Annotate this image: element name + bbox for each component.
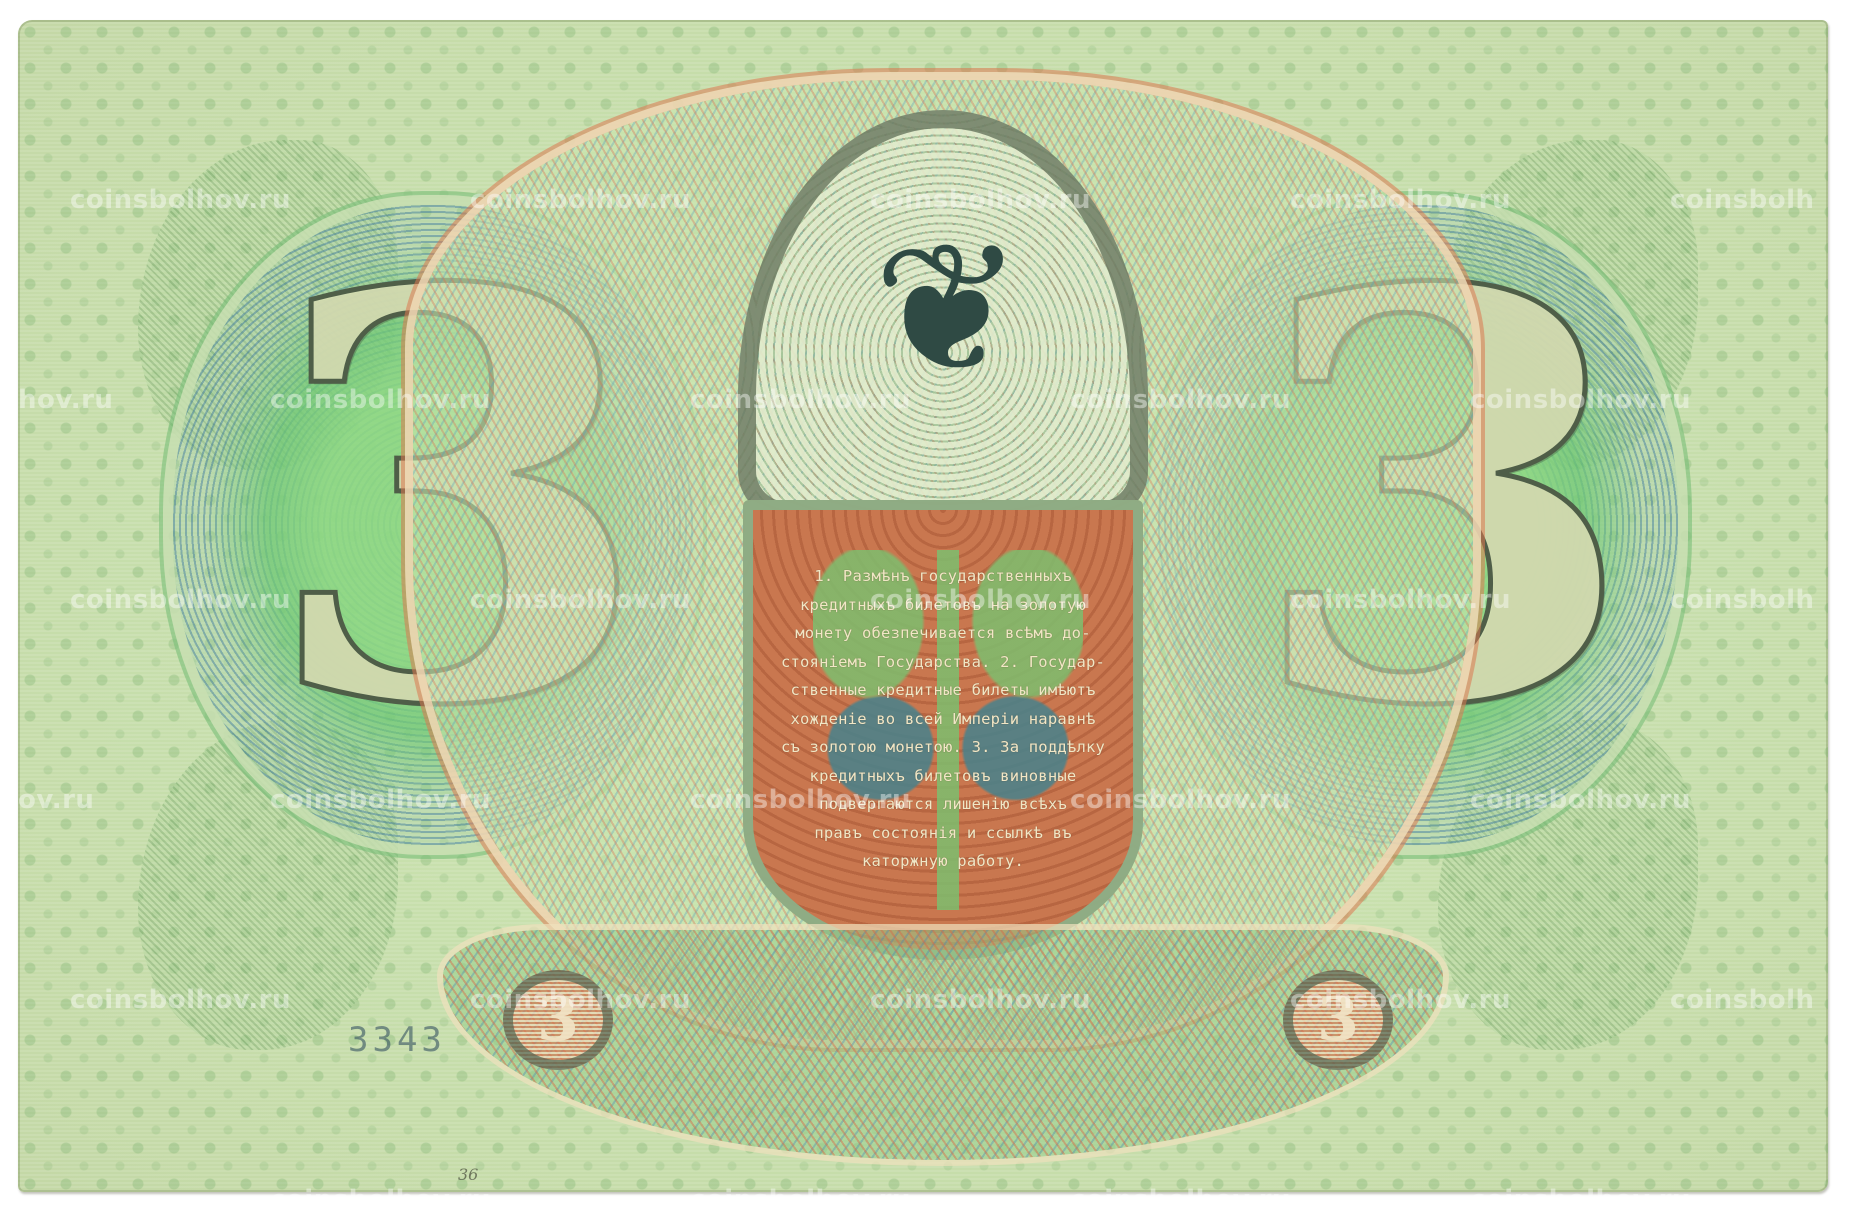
legal-text-line: 1. Размѣнъ государственныхъ (758, 562, 1128, 591)
legal-text-line: стояніемъ Государства. 2. Государ- (758, 648, 1128, 677)
banknote: 3 3 ❦ 1. Размѣнъ государственныхъ кредит… (18, 20, 1828, 1192)
legal-text-line: хожденіе во всей Имперіи наравнѣ (758, 705, 1128, 734)
mini-numeral-left: 3 (503, 970, 613, 1070)
legal-text-line: кредитныхъ билетовъ на золотую (758, 591, 1128, 620)
double-headed-eagle-icon: ❦ (858, 180, 1038, 440)
legal-text-line: съ золотою монетою. 3. За поддѣлку (758, 733, 1128, 762)
legal-text-line: каторжную работу. (758, 847, 1128, 876)
legal-text-line: правъ состоянія и ссылкѣ въ (758, 819, 1128, 848)
legal-text-line: подвергаются лишенію всѣхъ (758, 790, 1128, 819)
faded-stamp: 3343 (348, 1020, 446, 1060)
legal-text-block: 1. Размѣнъ государственныхъ кредитныхъ б… (758, 562, 1128, 876)
legal-text-line: ственные кредитные билеты имѣютъ (758, 676, 1128, 705)
central-cartouche: ❦ 1. Размѣнъ государственныхъ кредитныхъ… (413, 70, 1473, 1100)
legal-text-line: монету обезпечивается всѣмъ до- (758, 619, 1128, 648)
mini-numeral-right: 3 (1283, 970, 1393, 1070)
handwritten-mark: 36 (458, 1165, 478, 1184)
legal-text-line: кредитныхъ билетовъ виновные (758, 762, 1128, 791)
